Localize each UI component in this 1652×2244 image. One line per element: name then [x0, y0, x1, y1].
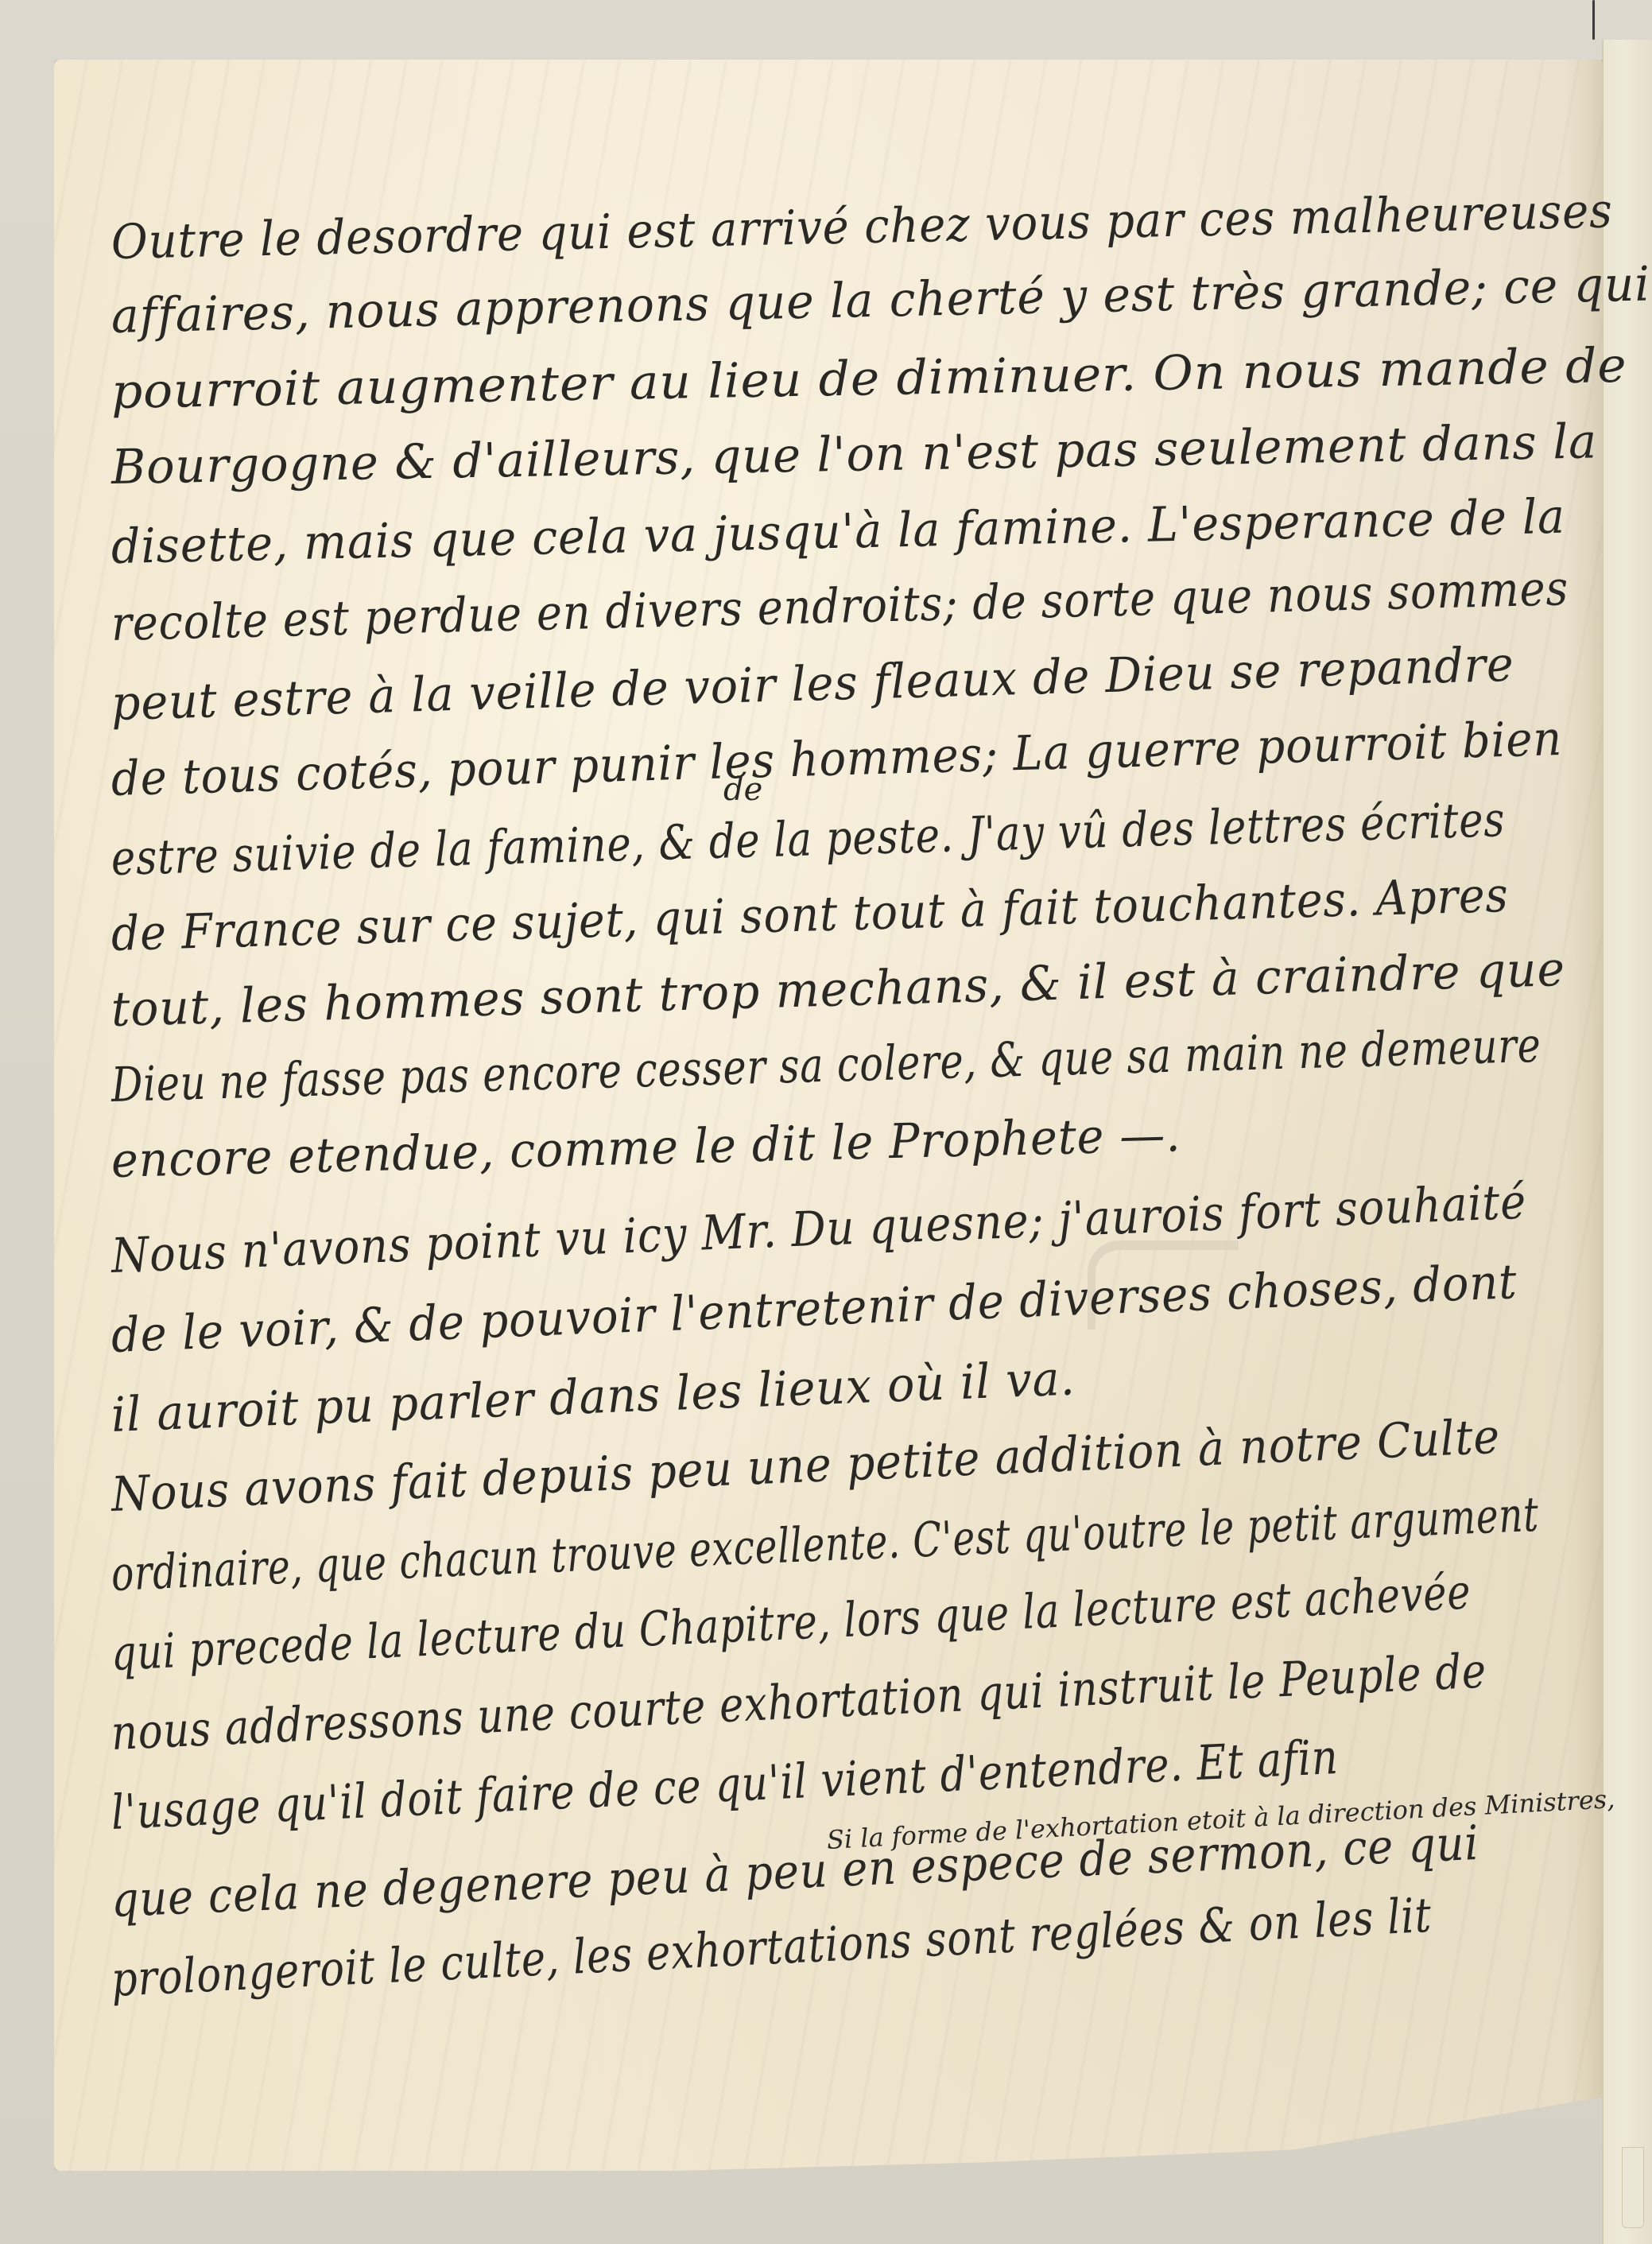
binding-thread [1592, 0, 1595, 40]
adjacent-leaf-tab [1622, 2147, 1644, 2228]
superscript-insertion: de [723, 771, 762, 808]
